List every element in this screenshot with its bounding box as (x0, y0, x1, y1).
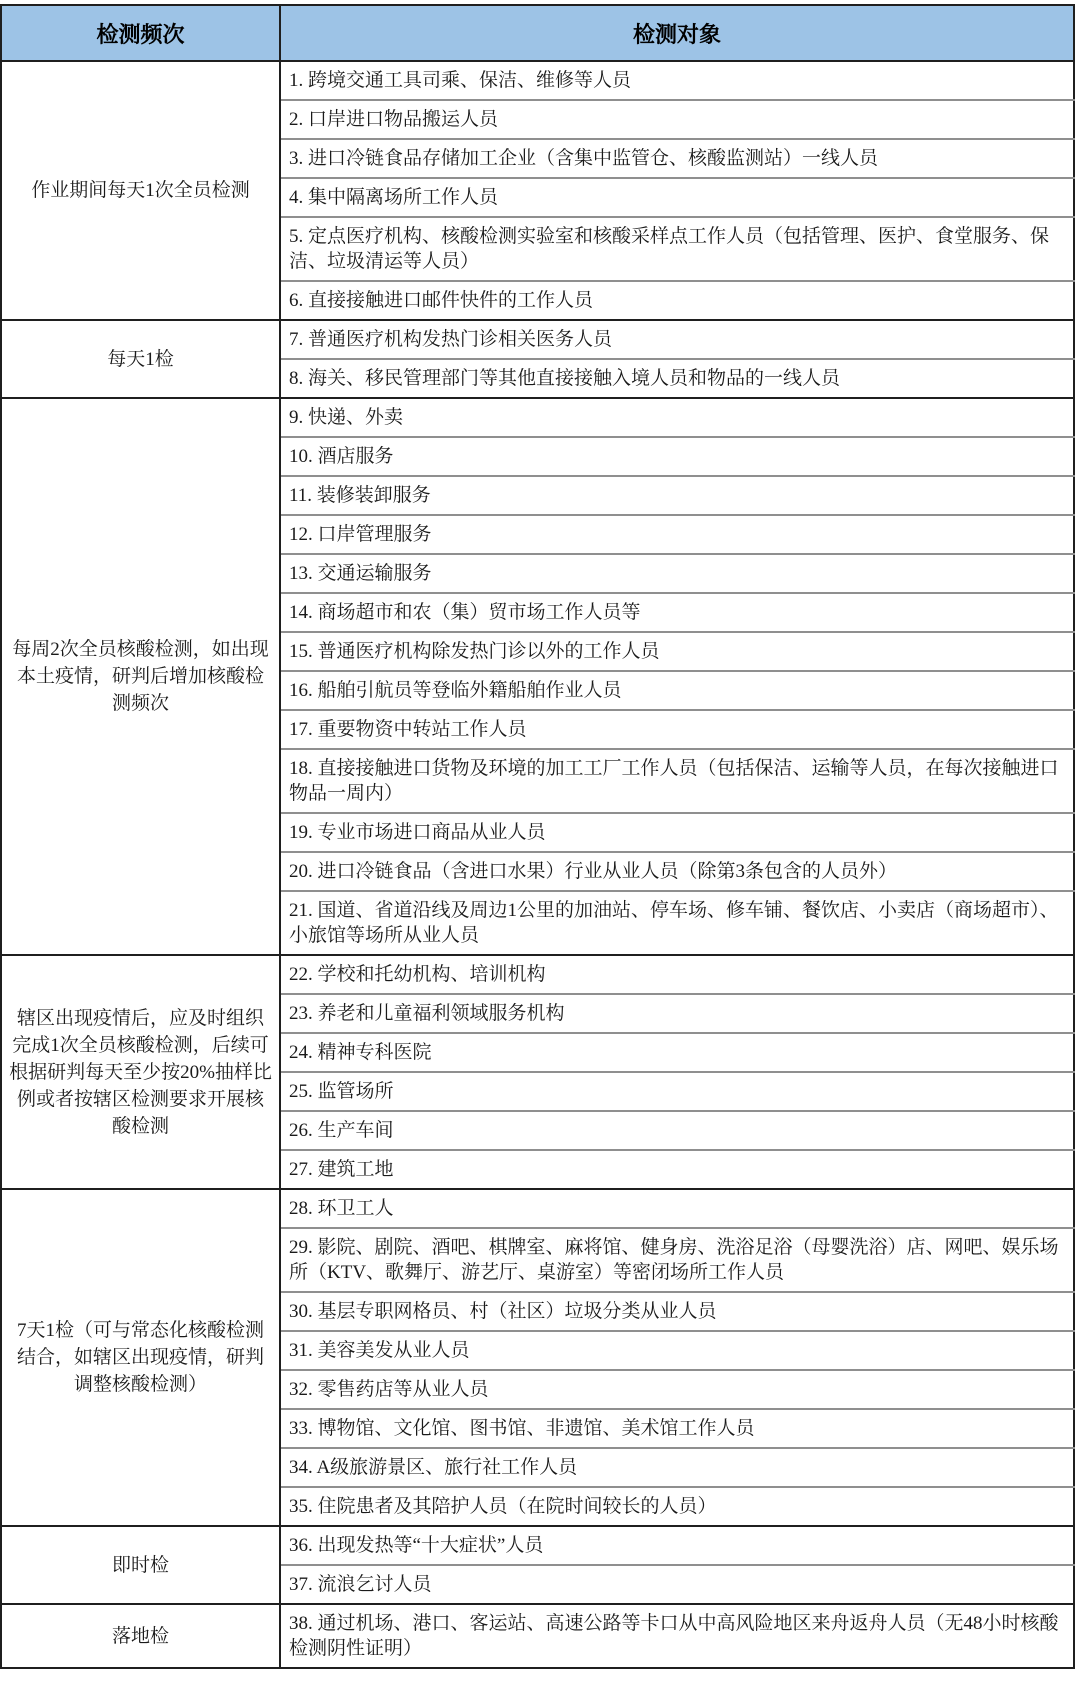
target-cell: 2. 口岸进口物品搬运人员 (280, 100, 1074, 139)
target-cell: 8. 海关、移民管理部门等其他直接接触入境人员和物品的一线人员 (280, 359, 1074, 398)
frequency-cell: 每天1检 (1, 320, 280, 398)
frequency-cell: 辖区出现疫情后，应及时组织完成1次全员核酸检测，后续可根据研判每天至少按20%抽… (1, 955, 280, 1189)
testing-frequency-table: 检测频次 检测对象 作业期间每天1次全员检测 1. 跨境交通工具司乘、保洁、维修… (0, 4, 1075, 1669)
target-cell: 38. 通过机场、港口、客运站、高速公路等卡口从中高风险地区来舟返舟人员（无48… (280, 1604, 1074, 1668)
target-cell: 7. 普通医疗机构发热门诊相关医务人员 (280, 320, 1074, 359)
target-cell: 16. 船舶引航员等登临外籍船舶作业人员 (280, 671, 1074, 710)
target-cell: 6. 直接接触进口邮件快件的工作人员 (280, 281, 1074, 320)
frequency-cell: 作业期间每天1次全员检测 (1, 61, 280, 320)
table-row: 落地检 38. 通过机场、港口、客运站、高速公路等卡口从中高风险地区来舟返舟人员… (1, 1604, 1074, 1668)
target-cell: 10. 酒店服务 (280, 437, 1074, 476)
target-cell: 11. 装修装卸服务 (280, 476, 1074, 515)
target-cell: 33. 博物馆、文化馆、图书馆、非遗馆、美术馆工作人员 (280, 1409, 1074, 1448)
target-cell: 30. 基层专职网格员、村（社区）垃圾分类从业人员 (280, 1292, 1074, 1331)
frequency-cell: 每周2次全员核酸检测，如出现本土疫情，研判后增加核酸检测频次 (1, 398, 280, 955)
target-cell: 12. 口岸管理服务 (280, 515, 1074, 554)
table-row: 辖区出现疫情后，应及时组织完成1次全员核酸检测，后续可根据研判每天至少按20%抽… (1, 955, 1074, 994)
target-cell: 25. 监管场所 (280, 1072, 1074, 1111)
target-cell: 36. 出现发热等“十大症状”人员 (280, 1526, 1074, 1565)
col-header-target: 检测对象 (280, 5, 1074, 61)
target-cell: 28. 环卫工人 (280, 1189, 1074, 1228)
frequency-cell: 7天1检（可与常态化核酸检测结合，如辖区出现疫情，研判调整核酸检测） (1, 1189, 280, 1526)
target-cell: 13. 交通运输服务 (280, 554, 1074, 593)
target-cell: 22. 学校和托幼机构、培训机构 (280, 955, 1074, 994)
target-cell: 3. 进口冷链食品存储加工企业（含集中监管仓、核酸监测站）一线人员 (280, 139, 1074, 178)
target-cell: 29. 影院、剧院、酒吧、棋牌室、麻将馆、健身房、洗浴足浴（母婴洗浴）店、网吧、… (280, 1228, 1074, 1292)
target-cell: 4. 集中隔离场所工作人员 (280, 178, 1074, 217)
table-row: 作业期间每天1次全员检测 1. 跨境交通工具司乘、保洁、维修等人员 (1, 61, 1074, 100)
frequency-cell: 落地检 (1, 1604, 280, 1668)
target-cell: 23. 养老和儿童福利领域服务机构 (280, 994, 1074, 1033)
target-cell: 26. 生产车间 (280, 1111, 1074, 1150)
table-row: 每周2次全员核酸检测，如出现本土疫情，研判后增加核酸检测频次 9. 快递、外卖 (1, 398, 1074, 437)
target-cell: 31. 美容美发从业人员 (280, 1331, 1074, 1370)
target-cell: 21. 国道、省道沿线及周边1公里的加油站、停车场、修车铺、餐饮店、小卖店（商场… (280, 891, 1074, 955)
target-cell: 37. 流浪乞讨人员 (280, 1565, 1074, 1604)
target-cell: 17. 重要物资中转站工作人员 (280, 710, 1074, 749)
target-cell: 27. 建筑工地 (280, 1150, 1074, 1189)
table-row: 7天1检（可与常态化核酸检测结合，如辖区出现疫情，研判调整核酸检测） 28. 环… (1, 1189, 1074, 1228)
target-cell: 15. 普通医疗机构除发热门诊以外的工作人员 (280, 632, 1074, 671)
target-cell: 20. 进口冷链食品（含进口水果）行业从业人员（除第3条包含的人员外） (280, 852, 1074, 891)
target-cell: 14. 商场超市和农（集）贸市场工作人员等 (280, 593, 1074, 632)
target-cell: 24. 精神专科医院 (280, 1033, 1074, 1072)
target-cell: 19. 专业市场进口商品从业人员 (280, 813, 1074, 852)
frequency-cell: 即时检 (1, 1526, 280, 1604)
col-header-frequency: 检测频次 (1, 5, 280, 61)
table-row: 即时检 36. 出现发热等“十大症状”人员 (1, 1526, 1074, 1565)
target-cell: 9. 快递、外卖 (280, 398, 1074, 437)
table-row: 每天1检 7. 普通医疗机构发热门诊相关医务人员 (1, 320, 1074, 359)
page: 检测频次 检测对象 作业期间每天1次全员检测 1. 跨境交通工具司乘、保洁、维修… (0, 0, 1080, 1671)
target-cell: 18. 直接接触进口货物及环境的加工工厂工作人员（包括保洁、运输等人员，在每次接… (280, 749, 1074, 813)
target-cell: 5. 定点医疗机构、核酸检测实验室和核酸采样点工作人员（包括管理、医护、食堂服务… (280, 217, 1074, 281)
target-cell: 34. A级旅游景区、旅行社工作人员 (280, 1448, 1074, 1487)
target-cell: 32. 零售药店等从业人员 (280, 1370, 1074, 1409)
header-row: 检测频次 检测对象 (1, 5, 1074, 61)
target-cell: 35. 住院患者及其陪护人员（在院时间较长的人员） (280, 1487, 1074, 1526)
target-cell: 1. 跨境交通工具司乘、保洁、维修等人员 (280, 61, 1074, 100)
